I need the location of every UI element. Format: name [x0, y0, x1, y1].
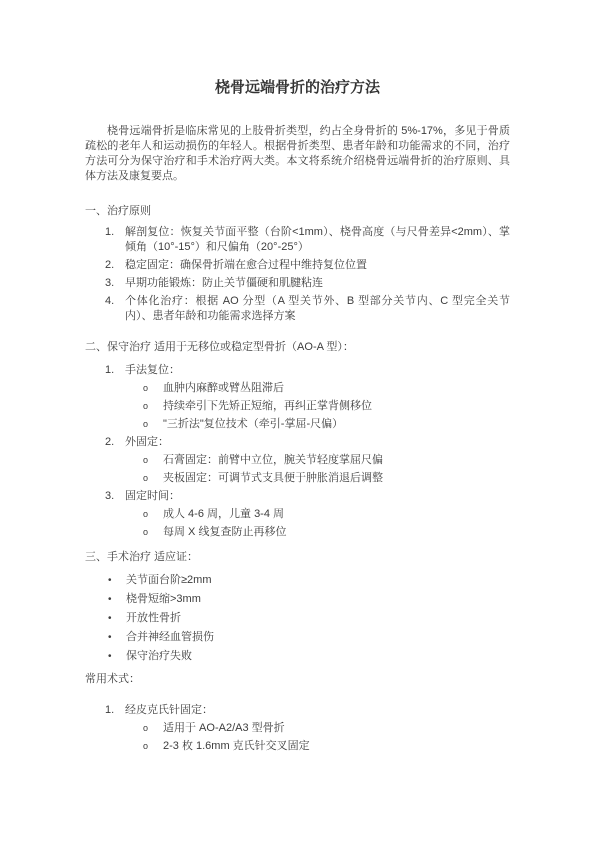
bullet-item: • 保守治疗失败 [85, 649, 510, 664]
sub-list-marker: o [143, 399, 163, 414]
sub-list-marker: o [143, 453, 163, 468]
sub-list-marker: o [143, 507, 163, 522]
sub-list-item: o 适用于 AO-A2/A3 型骨折 [85, 721, 510, 736]
intro-paragraph: 桡骨远端骨折是临床常见的上肢骨折类型，约占全身骨折的 5%-17%，多见于骨质疏… [85, 124, 510, 184]
list-item-text: 手法复位： [125, 363, 510, 378]
bullet-marker: • [108, 611, 126, 626]
list-item-text: 个体化治疗：根据 AO 分型（A 型关节外、B 型部分关节内、C 型完全关节内）… [125, 294, 510, 324]
bullet-marker: • [108, 630, 126, 645]
section-heading-conservative: 二、保守治疗 适用于无移位或稳定型骨折（AO-A 型）： [85, 340, 510, 355]
list-marker: 2. [105, 435, 125, 450]
list-item-text: 经皮克氏针固定： [125, 703, 510, 718]
list-item-text: 固定时间： [125, 489, 510, 504]
sub-list-marker: o [143, 721, 163, 736]
list-item: 1. 手法复位： [85, 363, 510, 378]
sub-list-item-text: 每周 X 线复查防止再移位 [163, 525, 510, 540]
sub-list-marker: o [143, 525, 163, 540]
sub-list-item: o 持续牵引下先矫正短缩，再纠正掌背侧移位 [85, 399, 510, 414]
bullet-item-text: 桡骨短缩>3mm [126, 592, 510, 607]
bullet-marker: • [108, 592, 126, 607]
sub-list-item-text: 血肿内麻醉或臂丛阻滞后 [163, 381, 510, 396]
list-marker: 3. [105, 489, 125, 504]
list-marker: 4. [105, 294, 125, 309]
sub-list-item-text: 夹板固定：可调节式支具便于肿胀消退后调整 [163, 471, 510, 486]
document-page: 桡骨远端骨折的治疗方法 桡骨远端骨折是临床常见的上肢骨折类型，约占全身骨折的 5… [0, 0, 595, 841]
list-item-text: 外固定： [125, 435, 510, 450]
bullet-item-text: 关节面台阶≥2mm [126, 573, 510, 588]
list-item-text: 解剖复位：恢复关节面平整（台阶<1mm）、桡骨高度（与尺骨差异<2mm）、掌倾角… [125, 225, 510, 255]
bullet-item: • 关节面台阶≥2mm [85, 573, 510, 588]
bullet-item: • 开放性骨折 [85, 611, 510, 626]
bullet-marker: • [108, 649, 126, 664]
list-marker: 1. [105, 225, 125, 240]
section-heading-principles: 一、治疗原则 [85, 204, 510, 219]
ordered-list-surgery: 1. 经皮克氏针固定： o 适用于 AO-A2/A3 型骨折 o 2-3 枚 1… [85, 703, 510, 754]
sub-list-marker: o [143, 739, 163, 754]
section-heading-surgery: 三、手术治疗 适应证： [85, 550, 510, 565]
list-item-text: 早期功能锻炼：防止关节僵硬和肌腱粘连 [125, 276, 510, 291]
sub-list-item-text: 持续牵引下先矫正短缩，再纠正掌背侧移位 [163, 399, 510, 414]
subheading-common-procedures: 常用术式： [85, 672, 510, 687]
sub-list-item: o 成人 4-6 周，儿童 3-4 周 [85, 507, 510, 522]
list-item: 1. 解剖复位：恢复关节面平整（台阶<1mm）、桡骨高度（与尺骨差异<2mm）、… [85, 225, 510, 255]
sub-list-marker: o [143, 471, 163, 486]
list-marker: 3. [105, 276, 125, 291]
sub-list-item-text: 适用于 AO-A2/A3 型骨折 [163, 721, 510, 736]
list-marker: 1. [105, 363, 125, 378]
sub-list-item-text: "三折法"复位技术（牵引-掌屈-尺偏） [163, 417, 510, 432]
ordered-list-conservative: 1. 手法复位： o 血肿内麻醉或臂丛阻滞后 o 持续牵引下先矫正短缩，再纠正掌… [85, 363, 510, 540]
list-item: 3. 固定时间： [85, 489, 510, 504]
bullet-list-indications: • 关节面台阶≥2mm • 桡骨短缩>3mm • 开放性骨折 • 合并神经血管损… [85, 573, 510, 664]
sub-list-item: o 每周 X 线复查防止再移位 [85, 525, 510, 540]
ordered-list-principles: 1. 解剖复位：恢复关节面平整（台阶<1mm）、桡骨高度（与尺骨差异<2mm）、… [85, 225, 510, 324]
sub-list-item: o 石膏固定：前臂中立位，腕关节轻度掌屈尺偏 [85, 453, 510, 468]
bullet-item: • 桡骨短缩>3mm [85, 592, 510, 607]
bullet-item-text: 合并神经血管损伤 [126, 630, 510, 645]
sub-list-marker: o [143, 417, 163, 432]
bullet-item-text: 保守治疗失败 [126, 649, 510, 664]
bullet-item-text: 开放性骨折 [126, 611, 510, 626]
sub-list-item: o "三折法"复位技术（牵引-掌屈-尺偏） [85, 417, 510, 432]
sub-list-item: o 血肿内麻醉或臂丛阻滞后 [85, 381, 510, 396]
sub-list-item: o 夹板固定：可调节式支具便于肿胀消退后调整 [85, 471, 510, 486]
list-item: 3. 早期功能锻炼：防止关节僵硬和肌腱粘连 [85, 276, 510, 291]
list-marker: 2. [105, 258, 125, 273]
list-item: 2. 稳定固定：确保骨折端在愈合过程中维持复位位置 [85, 258, 510, 273]
sub-list-marker: o [143, 381, 163, 396]
list-item: 2. 外固定： [85, 435, 510, 450]
bullet-marker: • [108, 573, 126, 588]
sub-list-item-text: 石膏固定：前臂中立位，腕关节轻度掌屈尺偏 [163, 453, 510, 468]
document-title: 桡骨远端骨折的治疗方法 [85, 78, 510, 98]
sub-list-item-text: 2-3 枚 1.6mm 克氏针交叉固定 [163, 739, 510, 754]
list-item-text: 稳定固定：确保骨折端在愈合过程中维持复位位置 [125, 258, 510, 273]
sub-list-item: o 2-3 枚 1.6mm 克氏针交叉固定 [85, 739, 510, 754]
list-marker: 1. [105, 703, 125, 718]
bullet-item: • 合并神经血管损伤 [85, 630, 510, 645]
list-item: 1. 经皮克氏针固定： [85, 703, 510, 718]
list-item: 4. 个体化治疗：根据 AO 分型（A 型关节外、B 型部分关节内、C 型完全关… [85, 294, 510, 324]
sub-list-item-text: 成人 4-6 周，儿童 3-4 周 [163, 507, 510, 522]
